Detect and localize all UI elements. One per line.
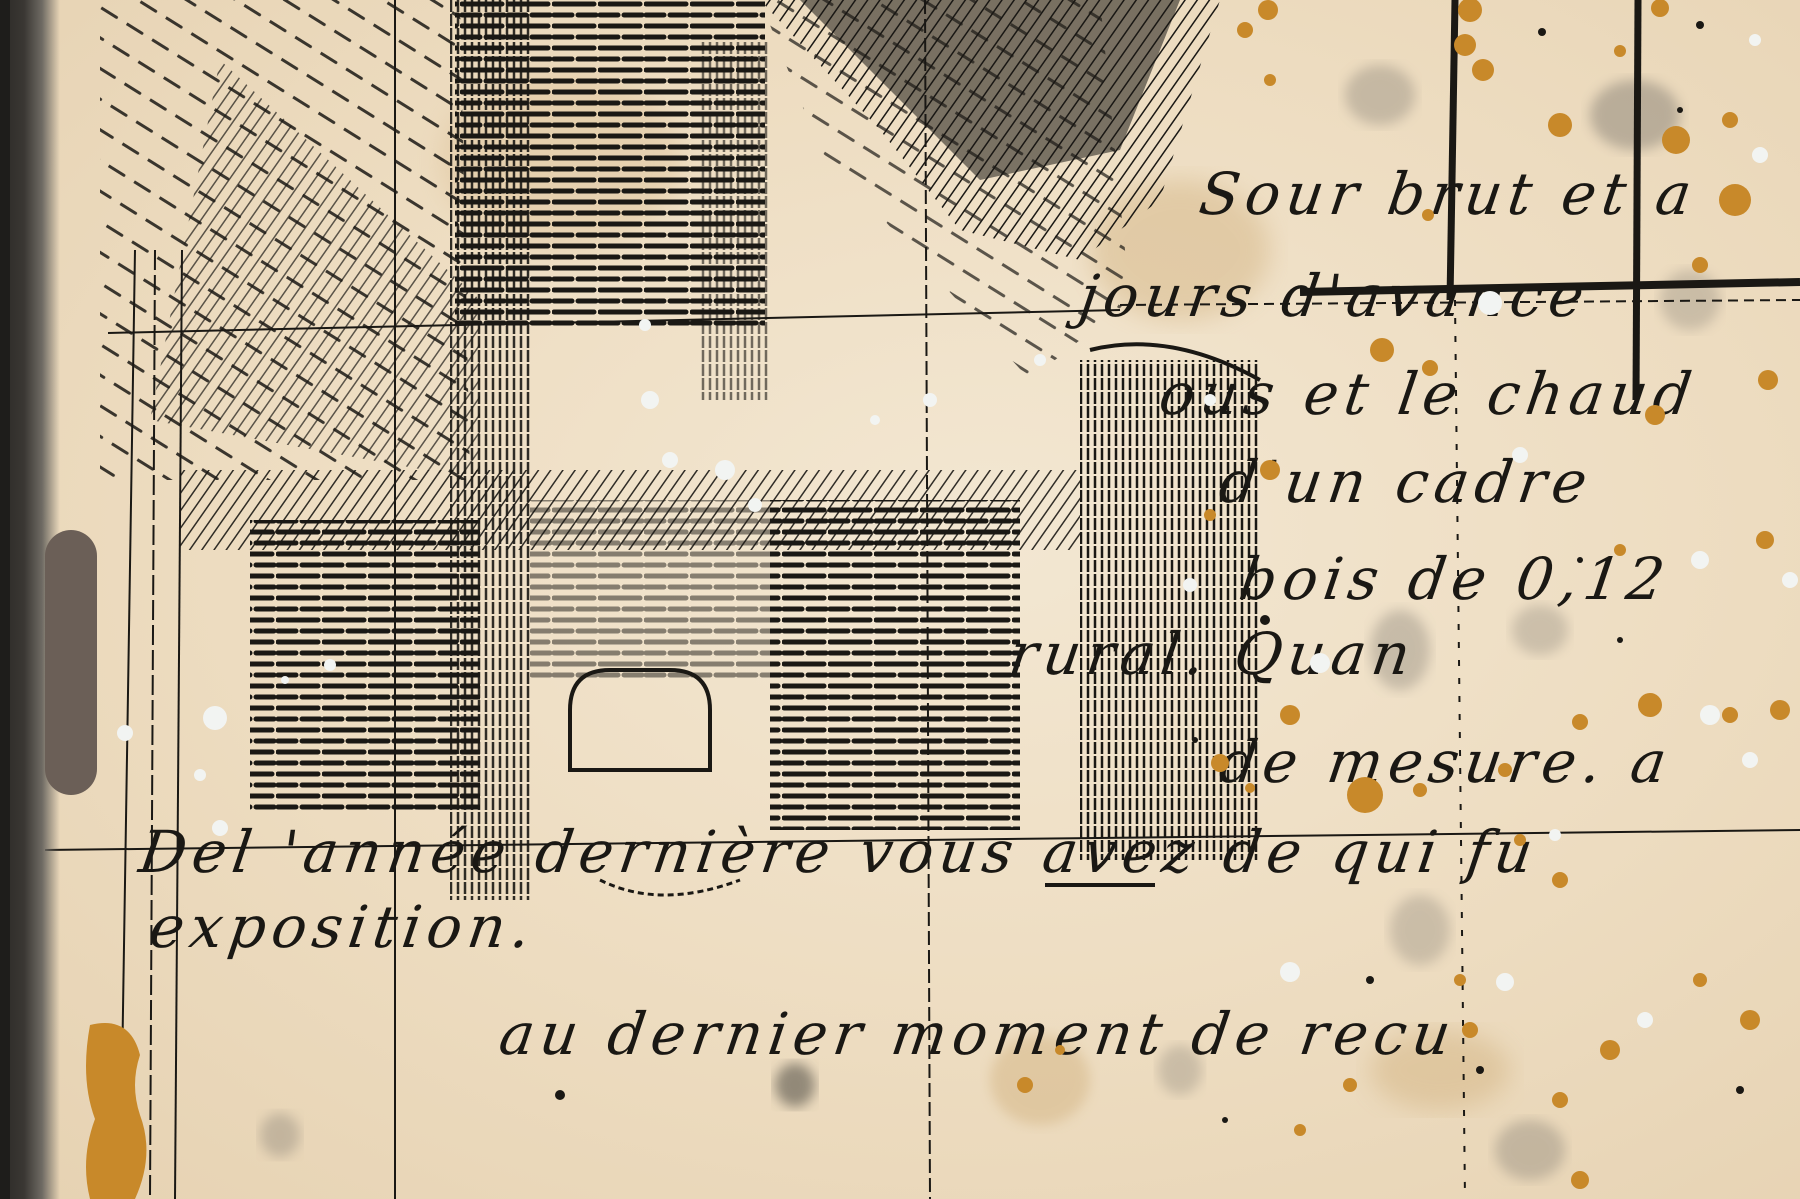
ink-dots — [555, 21, 1744, 1123]
white-splatters — [117, 34, 1798, 1028]
paint-splatters — [0, 0, 1800, 1199]
gold-splatters — [1017, 0, 1790, 1189]
artwork-photo: Sour brut et a jours d'avance ous et le … — [0, 0, 1800, 1199]
